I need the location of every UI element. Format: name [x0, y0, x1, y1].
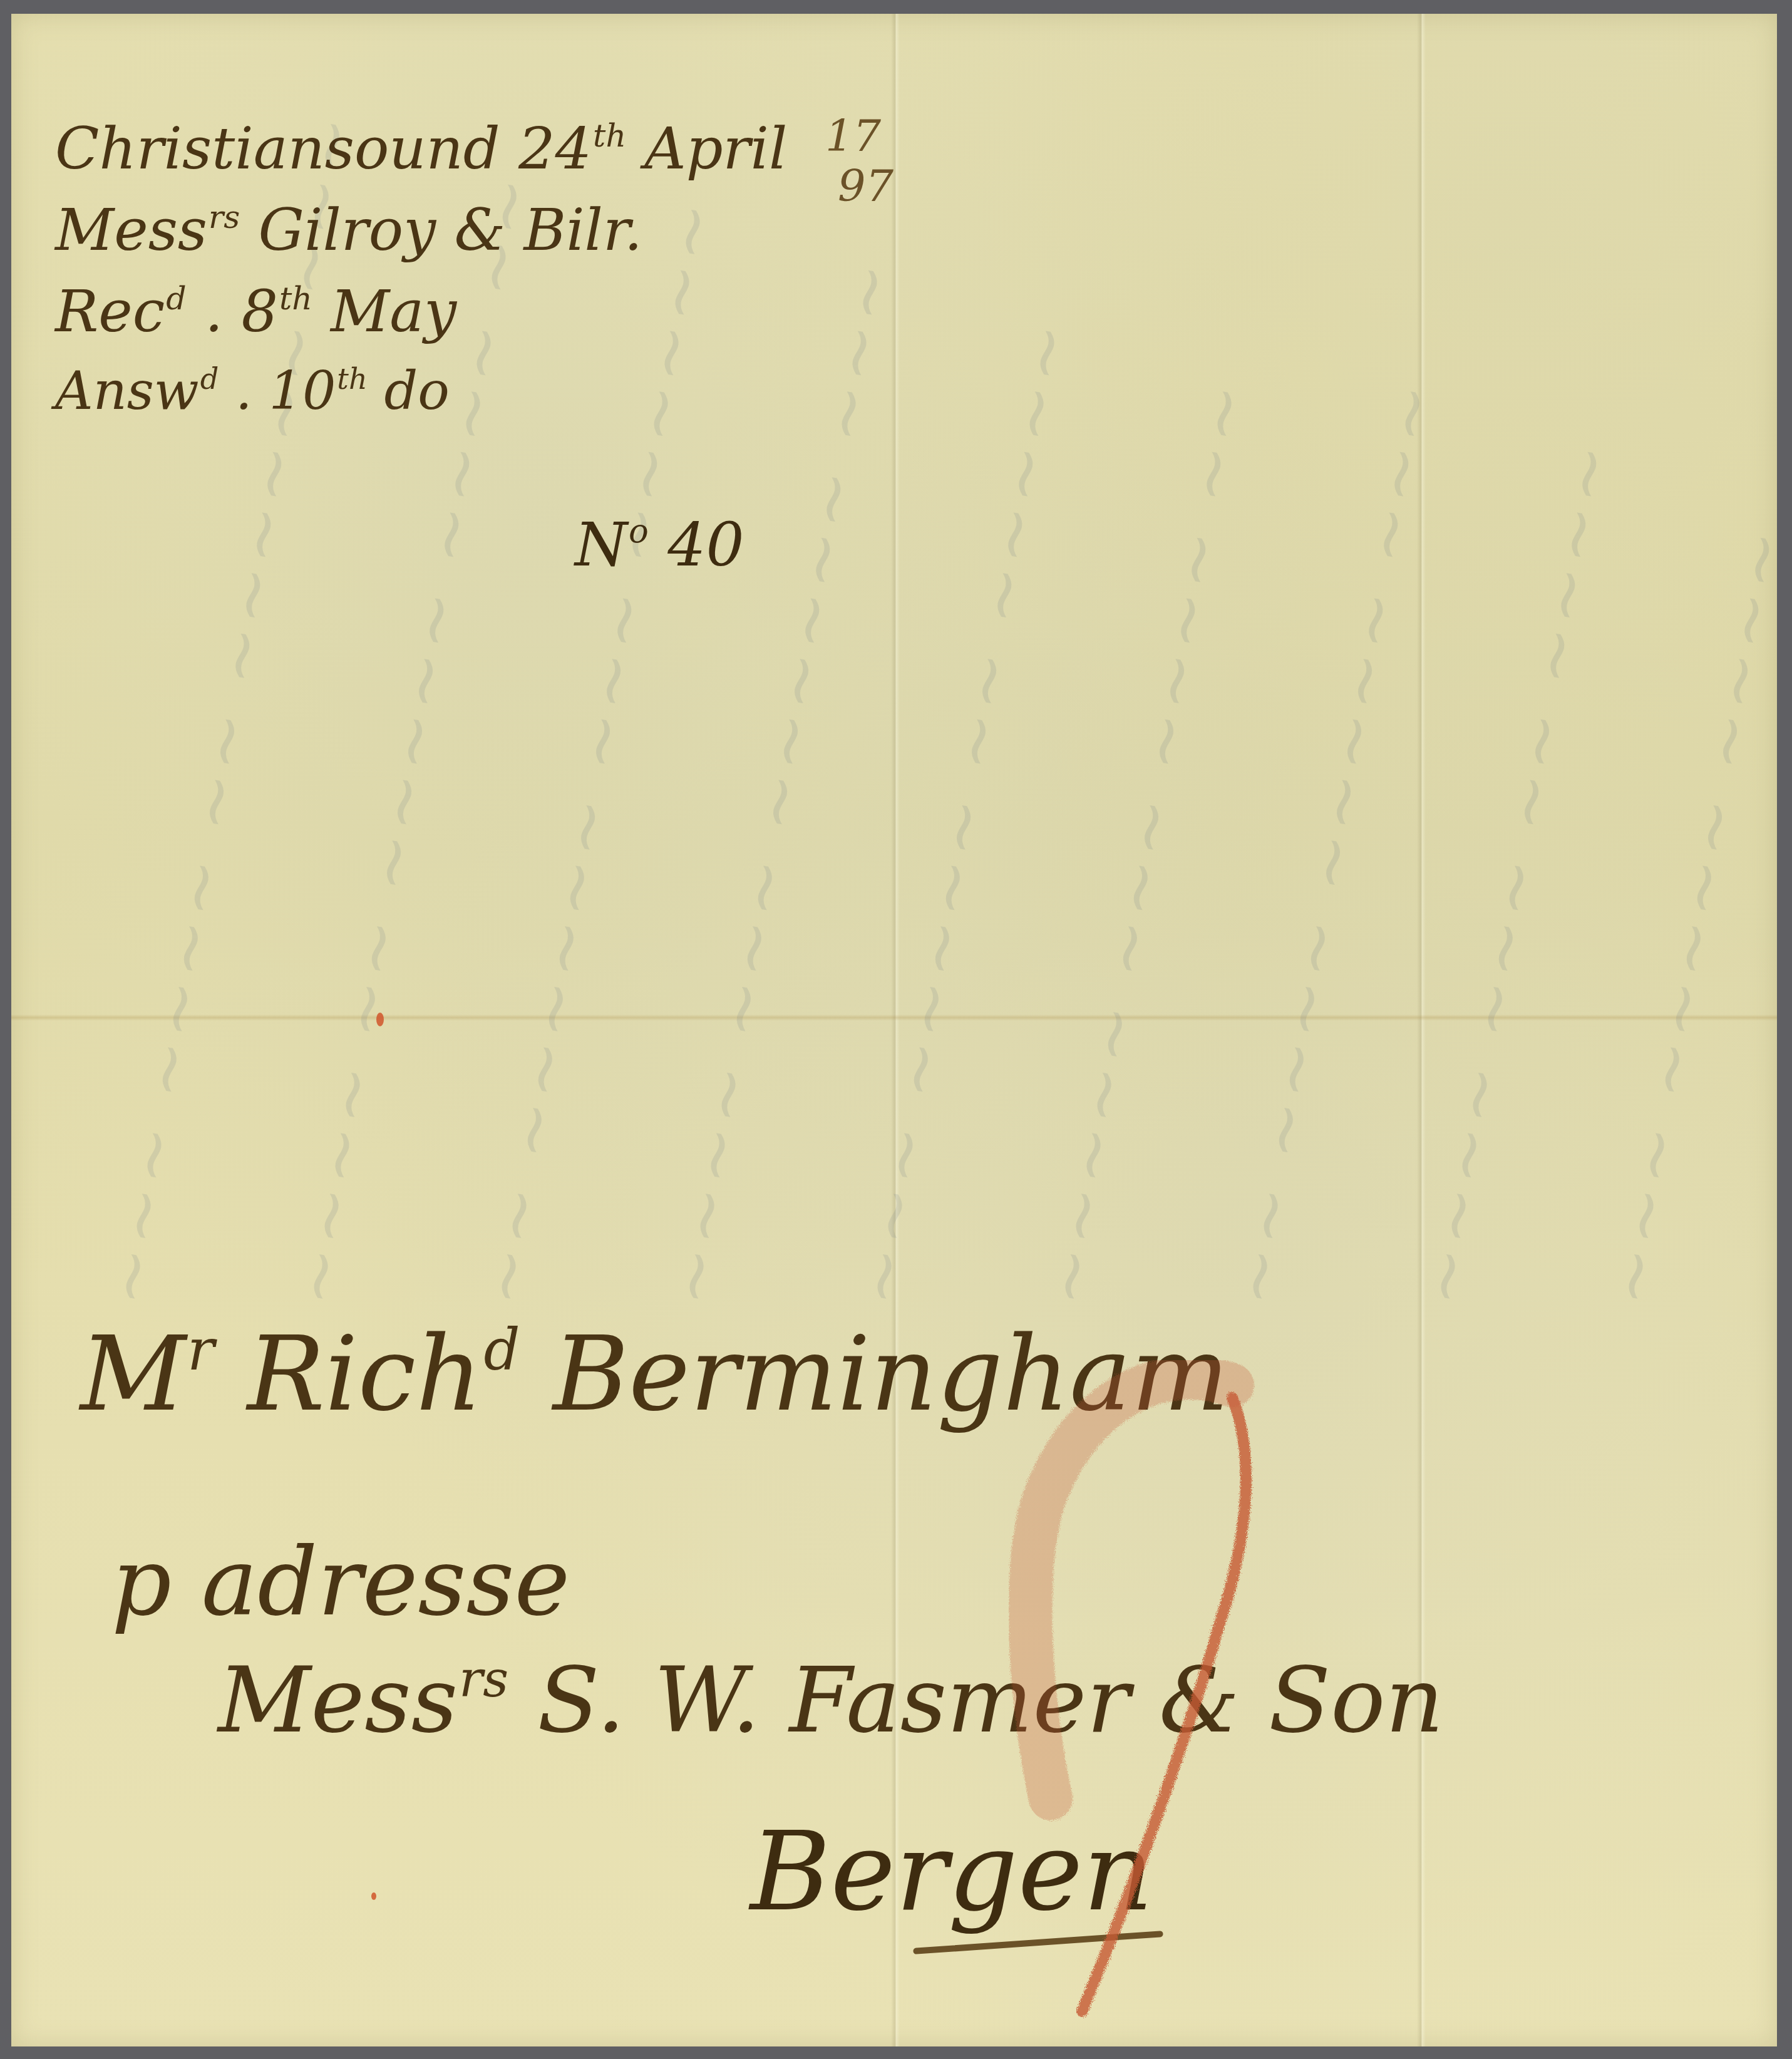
docket-received-day: 8 — [241, 278, 278, 345]
docket-year-top: 17 — [825, 114, 881, 158]
red-crayon-rate-mark: 9 — [1007, 1360, 1276, 2036]
docket-answered-day: 10 — [269, 360, 336, 421]
docket-line-received: Recd . 8th May — [55, 283, 456, 341]
addressee-first-name-suffix: d — [483, 1318, 520, 1383]
addressee-first-name: Rich — [247, 1314, 483, 1434]
docket-answered-suffix: d — [200, 362, 219, 396]
docket-received-month: May — [331, 278, 456, 345]
letter-cover: ~~~ ~~~~ ~~ ~~~~~~ ~~~ ~~~~ ~~ ~~~~~ ~~~… — [11, 14, 1777, 2046]
address-firm-name: S. W. Fasmer & Son — [537, 1648, 1444, 1753]
docket-firm: Gilroy & Bilr. — [258, 197, 642, 264]
letter-number: No 40 — [575, 515, 744, 575]
letter-number-label-suffix: o — [629, 512, 649, 550]
red-speck — [376, 1013, 384, 1026]
docket-month: April — [644, 115, 787, 182]
docket-line-correspondent: Messrs Gilroy & Bilr. — [55, 202, 642, 259]
letter-number-label: N — [575, 510, 627, 580]
docket-answered-day-suffix: th — [337, 362, 367, 396]
rate-mark-glyph-icon — [1007, 1360, 1276, 2036]
docket-mess: Mess — [55, 197, 207, 264]
docket-mess-suffix: rs — [209, 199, 240, 235]
docket-line-place-date: Christiansound 24th April — [55, 120, 787, 178]
docket-year-bottom: 97 — [838, 164, 893, 208]
docket-line-answered: Answd . 10th do — [55, 364, 450, 417]
addressee-title: M — [80, 1314, 186, 1434]
letter-number-value: 40 — [667, 510, 744, 580]
show-through-text: ~~~~~ ~~~ ~~~~ ~~ — [1026, 374, 1267, 1311]
address-firm-prefix: Mess — [218, 1648, 458, 1753]
red-speck — [371, 1892, 376, 1900]
docket-place: Christiansound — [55, 115, 500, 182]
show-through-text: ~~~ ~~~~~ ~~~~ — [1589, 520, 1792, 1311]
docket-received-suffix: d — [166, 280, 186, 317]
address-via: p adresse — [111, 1535, 570, 1629]
show-through-text: ~~~~ ~~~ ~~ ~~~~ — [1401, 435, 1632, 1311]
address-firm-prefix-suffix: rs — [459, 1650, 508, 1708]
docket-received-day-suffix: th — [279, 280, 312, 317]
docket-received-label: Rec — [55, 278, 165, 345]
addressee-title-suffix: r — [187, 1318, 214, 1383]
docket-answered-label: Answ — [55, 360, 199, 421]
docket-answered-month: do — [384, 360, 449, 421]
docket-day: 24 — [518, 115, 592, 182]
docket-day-suffix: th — [593, 117, 626, 154]
